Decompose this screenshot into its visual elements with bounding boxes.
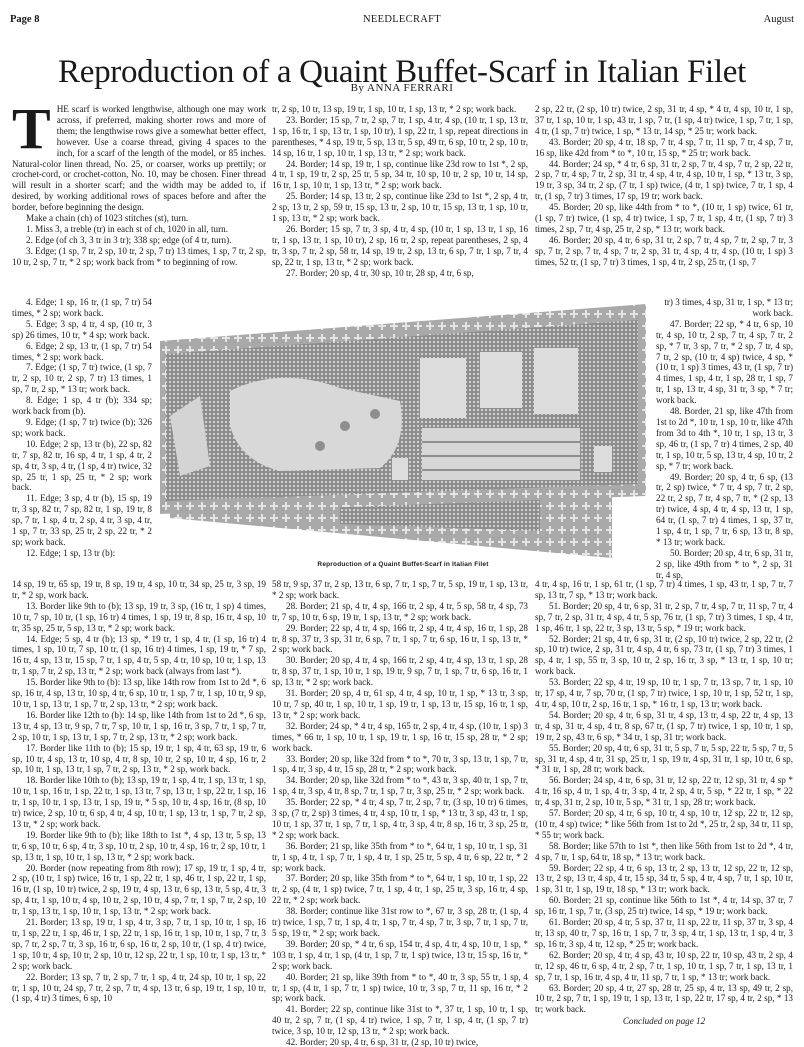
row-instruction: 10. Edge; 2 sp, 13 tr (b), 22 sp, 82 tr,… — [12, 439, 152, 494]
row-instruction: 49. Border; 20 sp, 4 tr, 6 sp, (13 tr, 2… — [656, 472, 793, 548]
row-instruction: 50. Border; 20 sp, 4 tr, 6 sp, 31 tr, 2 … — [656, 548, 793, 581]
row-instruction: 41. Border; 22 sp, continue like 31st to… — [272, 1004, 528, 1037]
row-instruction-continued: 14 sp, 19 tr, 65 sp, 19 tr, 8 sp, 19 tr,… — [12, 579, 266, 601]
column-1-top: THE scarf is worked lengthwise, although… — [12, 104, 266, 268]
row-instruction: 34. Border; 20 sp, like 32d from * to *,… — [272, 775, 528, 797]
running-header: Page 8 NEEDLECRAFT August — [10, 14, 794, 28]
row-instruction: 48. Border, 21 sp, like 47th from 1st to… — [656, 406, 793, 471]
row-instruction: 13. Border like 9th to (b); 13 sp, 19 tr… — [12, 601, 266, 634]
row-instruction: 42. Border; 20 sp, 4 tr, 6 sp, 31 tr, (2… — [272, 1037, 528, 1047]
magazine-name: NEEDLECRAFT — [10, 14, 794, 25]
row-instruction: 7. Edge; (1 sp, 7 tr) twice, (1 sp, 7 tr… — [12, 362, 152, 395]
row-instruction: 46. Border; 20 sp, 4 tr, 6 sp, 31 tr, 2 … — [535, 235, 793, 268]
row-instruction: 47. Border; 22 sp, * 4 tr, 6 sp, 10 tr, … — [656, 319, 793, 406]
row-instruction: 5. Edge; 3 sp, 4 tr, 4 sp, (10 tr, 3 sp)… — [12, 319, 152, 341]
row-instruction: 26. Border; 15 sp, 7 tr, 3 sp, 4 tr, 4 s… — [272, 224, 528, 268]
column-3-bottom: 4 tr, 4 sp, 16 tr, 1 sp, 61 tr, (1 sp, 7… — [535, 579, 793, 1027]
row-instruction: 53. Border; 22 sp, 4 tr, 19 sp, 10 tr, 1… — [535, 677, 793, 710]
row-instruction: 2. Edge (of ch 3, 3 tr in 3 tr); 338 sp;… — [12, 235, 266, 246]
row-instruction: 63. Border; 20 sp, 4 tr, 27 sp, 28 tr, 2… — [535, 983, 793, 1016]
row-instruction: 38. Border; continue like 31st row to *,… — [272, 906, 528, 939]
row-instruction: 61. Border; 20 sp, 4 tr, 5 sp, 37 tr, 11… — [535, 917, 793, 950]
row-instruction: 54. Border; 20 sp, 4 tr, 6 sp, 31 tr, 4 … — [535, 710, 793, 743]
row-instruction: 1. Miss 3, a treble (tr) in each st of c… — [12, 224, 266, 235]
column-1-narrow: 4. Edge; 1 sp, 16 tr, (1 sp, 7 tr) 54 ti… — [12, 297, 152, 559]
row-instruction: 58. Border; like 57th to 1st *, then lik… — [535, 841, 793, 863]
row-instruction: 11. Edge; 3 sp, 4 tr (b), 15 sp, 19 tr, … — [12, 493, 152, 548]
row-instruction: 18. Border like 10th to (b); 13 sp, 19 t… — [12, 775, 266, 830]
row-instruction: 43. Border; 20 sp, 4 tr, 18 sp, 7 tr, 4 … — [535, 137, 793, 159]
row-instruction: 60. Border; 21 sp, continue like 56th to… — [535, 895, 793, 917]
row-instruction: 52. Border; 21 sp, 4 tr, 6 sp, 31 tr, (2… — [535, 634, 793, 678]
row-instruction: 9. Edge; (1 sp, 7 tr) twice (b); 326 sp;… — [12, 417, 152, 439]
continuation-note: Concluded on page 12 — [535, 1016, 793, 1027]
row-instruction: 27. Border; 20 sp, 4 tr, 30 sp, 10 tr, 2… — [272, 268, 528, 279]
row-instruction: 15. Border like 9th to (b): 13 sp, like … — [12, 677, 266, 710]
row-instruction-continued: 58 tr, 9 sp, 37 tr, 2 sp, 13 tr, 6 sp, 7… — [272, 579, 528, 601]
row-instruction: 45. Border; 20 sp, like 44th from * to *… — [535, 202, 793, 235]
row-instruction: 25. Border; 14 sp, 13 tr, 2 sp, continue… — [272, 191, 528, 224]
column-1-bottom: 14 sp, 19 tr, 65 sp, 19 tr, 8 sp, 19 tr,… — [12, 579, 266, 1004]
row-instruction-continued: 4 tr, 4 sp, 16 tr, 1 sp, 61 tr, (1 sp, 7… — [535, 579, 793, 601]
column-2-bottom: 58 tr, 9 sp, 37 tr, 2 sp, 13 tr, 6 sp, 7… — [272, 579, 528, 1047]
row-instruction: 17. Border like 11th to (b); 15 sp, 19 t… — [12, 743, 266, 776]
row-instruction: 51. Border; 20 sp, 4 tr, 6 sp, 31 tr, 2 … — [535, 601, 793, 634]
row-instruction: 29. Border; 22 sp, 4 tr, 4 sp, 166 tr, 2… — [272, 623, 528, 656]
row-instruction: 21. Border; 13 sp, 19 tr, 1 sp, 4 tr, 3 … — [12, 917, 266, 972]
row-instruction: 62. Border; 20 sp, 4 tr, 4 sp, 43 tr, 10… — [535, 950, 793, 983]
row-instruction-continued: tr) 3 times, 4 sp, 31 tr, 1 sp, * 13 tr;… — [656, 297, 793, 319]
row-instruction: 39. Border; 20 sp, * 4 tr, 6 sp, 154 tr,… — [272, 939, 528, 972]
column-3-top: 2 sp, 22 tr, (2 sp, 10 tr) twice, 2 sp, … — [535, 104, 793, 268]
row-instruction: 30. Border; 20 sp, 4 tr, 4 sp, 166 tr, 2… — [272, 655, 528, 688]
row-instruction: 6. Edge; 2 sp, 13 tr, (1 sp, 7 tr) 54 ti… — [12, 341, 152, 363]
row-instruction: 24. Border; 14 sp, 19 tr, 1 sp, continue… — [272, 159, 528, 192]
row-instruction: 14. Edge; 5 sp, 4 tr (b); 13 sp, * 19 tr… — [12, 634, 266, 678]
drop-cap: T — [12, 106, 51, 152]
row-instruction: 55. Border; 20 sp, 4 tr, 6 sp, 31 tr, 5 … — [535, 743, 793, 776]
byline: By ANNA FERRARI — [0, 82, 804, 94]
row-instruction: 31. Border; 20 sp, 4 tr, 61 sp, 4 tr, 4 … — [272, 688, 528, 721]
row-instruction: 40. Border; 21 sp, like 39th from * to *… — [272, 972, 528, 1005]
row-instruction: 20. Border (now repeating from 8th row);… — [12, 863, 266, 918]
row-instruction: 37. Border; 20 sp, like 35th from * to *… — [272, 873, 528, 906]
row-instruction: 16. Border like 12th to (b): 14 sp, like… — [12, 710, 266, 743]
issue-month: August — [764, 14, 794, 25]
intro-paragraph: THE scarf is worked lengthwise, although… — [12, 104, 266, 213]
row-instruction: 35. Border; 22 sp, * 4 tr, 4 sp, 7 tr, 2… — [272, 797, 528, 841]
row-instruction-continued: tr, 2 sp, 10 tr, 13 sp, 19 tr, 1 sp, 10 … — [272, 104, 528, 115]
chain-instruction: Make a chain (ch) of 1023 stitches (st),… — [12, 213, 266, 224]
row-instruction: 56. Border; 24 sp, 4 tr, 6 sp, 31 tr, 12… — [535, 775, 793, 808]
row-instruction: 8. Edge; 1 sp, 4 tr (b); 334 sp; work ba… — [12, 395, 152, 417]
row-instruction: 22. Border; 13 sp, 7 tr, 2 sp, 7 tr, 1 s… — [12, 972, 266, 1005]
row-instruction-continued: 2 sp, 22 tr, (2 sp, 10 tr) twice, 2 sp, … — [535, 104, 793, 137]
row-instruction: 4. Edge; 1 sp, 16 tr, (1 sp, 7 tr) 54 ti… — [12, 297, 152, 319]
row-instruction: 23. Border; 15 sp, 7 tr, 2 sp, 7 tr, 1 s… — [272, 115, 528, 159]
column-3-narrow: tr) 3 times, 4 sp, 31 tr, 1 sp, * 13 tr;… — [656, 297, 793, 581]
row-instruction: 28. Border; 21 sp, 4 tr, 4 sp, 166 tr, 2… — [272, 601, 528, 623]
row-instruction: 57. Border; 20 sp, 4 tr, 6 sp, 10 tr, 4 … — [535, 808, 793, 841]
row-instruction: 32. Border; 24 sp, * 4 tr, 4 sp, 165 tr,… — [272, 721, 528, 754]
column-2-top: tr, 2 sp, 10 tr, 13 sp, 19 tr, 1 sp, 10 … — [272, 104, 528, 279]
row-instruction: 36. Border; 21 sp, like 35th from * to *… — [272, 841, 528, 874]
row-instruction: 33. Border; 20 sp, like 32d from * to *,… — [272, 754, 528, 776]
row-instruction: 44. Border; 24 sp, * 4 tr, 6 sp, 31 tr, … — [535, 159, 793, 203]
buffet-scarf-photo — [160, 296, 646, 558]
row-instruction: 12. Edge; 1 sp, 13 tr (b): — [12, 548, 152, 559]
figure-caption: Reproduction of a Quaint Buffet-Scarf in… — [160, 561, 646, 568]
row-instruction: 19. Border like 9th to (b); like 18th to… — [12, 830, 266, 863]
row-instruction: 59. Border; 22 sp, 4 tr, 6 sp, 13 tr, 2 … — [535, 863, 793, 896]
row-instruction: 3. Edge; (1 sp, 7 tr, 2 sp, 10 tr, 2 sp,… — [12, 246, 266, 268]
